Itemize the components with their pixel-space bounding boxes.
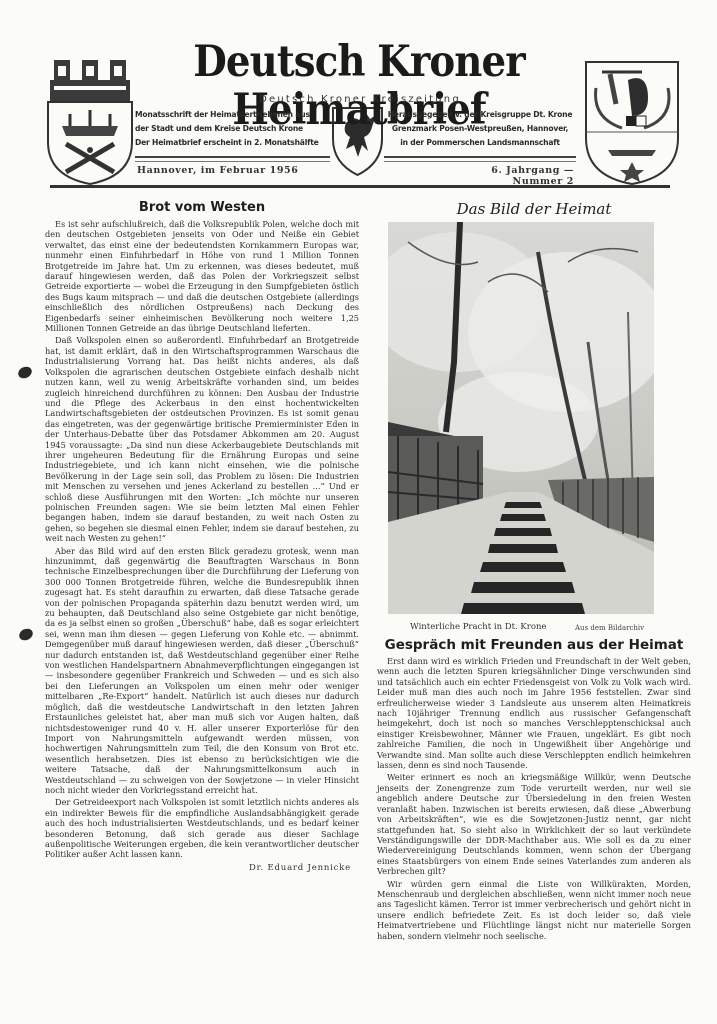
punch-hole (16, 365, 33, 381)
article-body: Es ist sehr aufschlußreich, daß die Volk… (45, 219, 359, 860)
city-crest-icon (40, 58, 140, 186)
article-body: Erst dann wird es wirklich Frieden und F… (377, 656, 691, 941)
feature-title: Das Bild der Heimat (377, 200, 691, 218)
photo-caption: Winterliche Pracht in Dt. Krone (410, 622, 546, 632)
article-title: Gespräch mit Freunden aus der Heimat (377, 637, 691, 653)
paragraph: Weiter erinnert es noch an kriegsmäßige … (377, 772, 691, 876)
paragraph: Daß Volkspolen einen so außerordentl. Ei… (45, 335, 359, 543)
masthead-right-line: Herausgegeben v. der Kreisgruppe Dt. Kro… (384, 108, 576, 122)
eagle-crest-icon (582, 58, 682, 186)
masthead-rule (384, 156, 576, 162)
masthead-left-line: Der Heimatbrief erscheint in 2. Monatshä… (135, 136, 330, 150)
masthead-left-line: der Stadt und dem Kreise Deutsch Krone (135, 122, 330, 136)
winter-path-photo (388, 222, 654, 614)
dateline: Hannover, im Februar 1956 (137, 165, 298, 176)
masthead-left-line: Monatsschrift der Heimatvertriebenen aus (135, 108, 330, 122)
masthead-rule (135, 156, 330, 162)
article-brot-vom-westen: Brot vom Westen Es ist sehr aufschlußrei… (45, 200, 359, 873)
issue-number: 6. Jahrgang — Nummer 2 (448, 165, 574, 187)
paragraph: Erst dann wird es wirklich Frieden und F… (377, 656, 691, 770)
article-title: Brot vom Westen (45, 200, 359, 215)
header-rule (50, 185, 670, 188)
masthead-right-line: Grenzmark Posen-Westpreußen, Hannover, (384, 122, 576, 136)
article-gespraech-mit-freunden: Gespräch mit Freunden aus der Heimat Ers… (377, 637, 691, 941)
paragraph: Aber das Bild wird auf den ersten Blick … (45, 546, 359, 796)
author-byline: Dr. Eduard Jennicke (45, 863, 351, 873)
newspaper-subtitle: Deutsch Kroner Kreiszeitung (190, 94, 530, 105)
masthead-right-line: in der Pommerschen Landsmannschaft (384, 136, 576, 150)
paragraph: Der Getreideexport nach Volkspolen ist s… (45, 797, 359, 859)
masthead-left-info: Monatsschrift der Heimatvertriebenen aus… (135, 108, 330, 162)
photo-credit: Aus dem Bildarchiv (575, 624, 644, 632)
paragraph: Es ist sehr aufschlußreich, daß die Volk… (45, 219, 359, 333)
masthead-right-info: Herausgegeben v. der Kreisgruppe Dt. Kro… (384, 108, 576, 162)
paragraph: Wir würden gern einmal die Liste von Wil… (377, 879, 691, 941)
punch-hole (17, 627, 34, 643)
